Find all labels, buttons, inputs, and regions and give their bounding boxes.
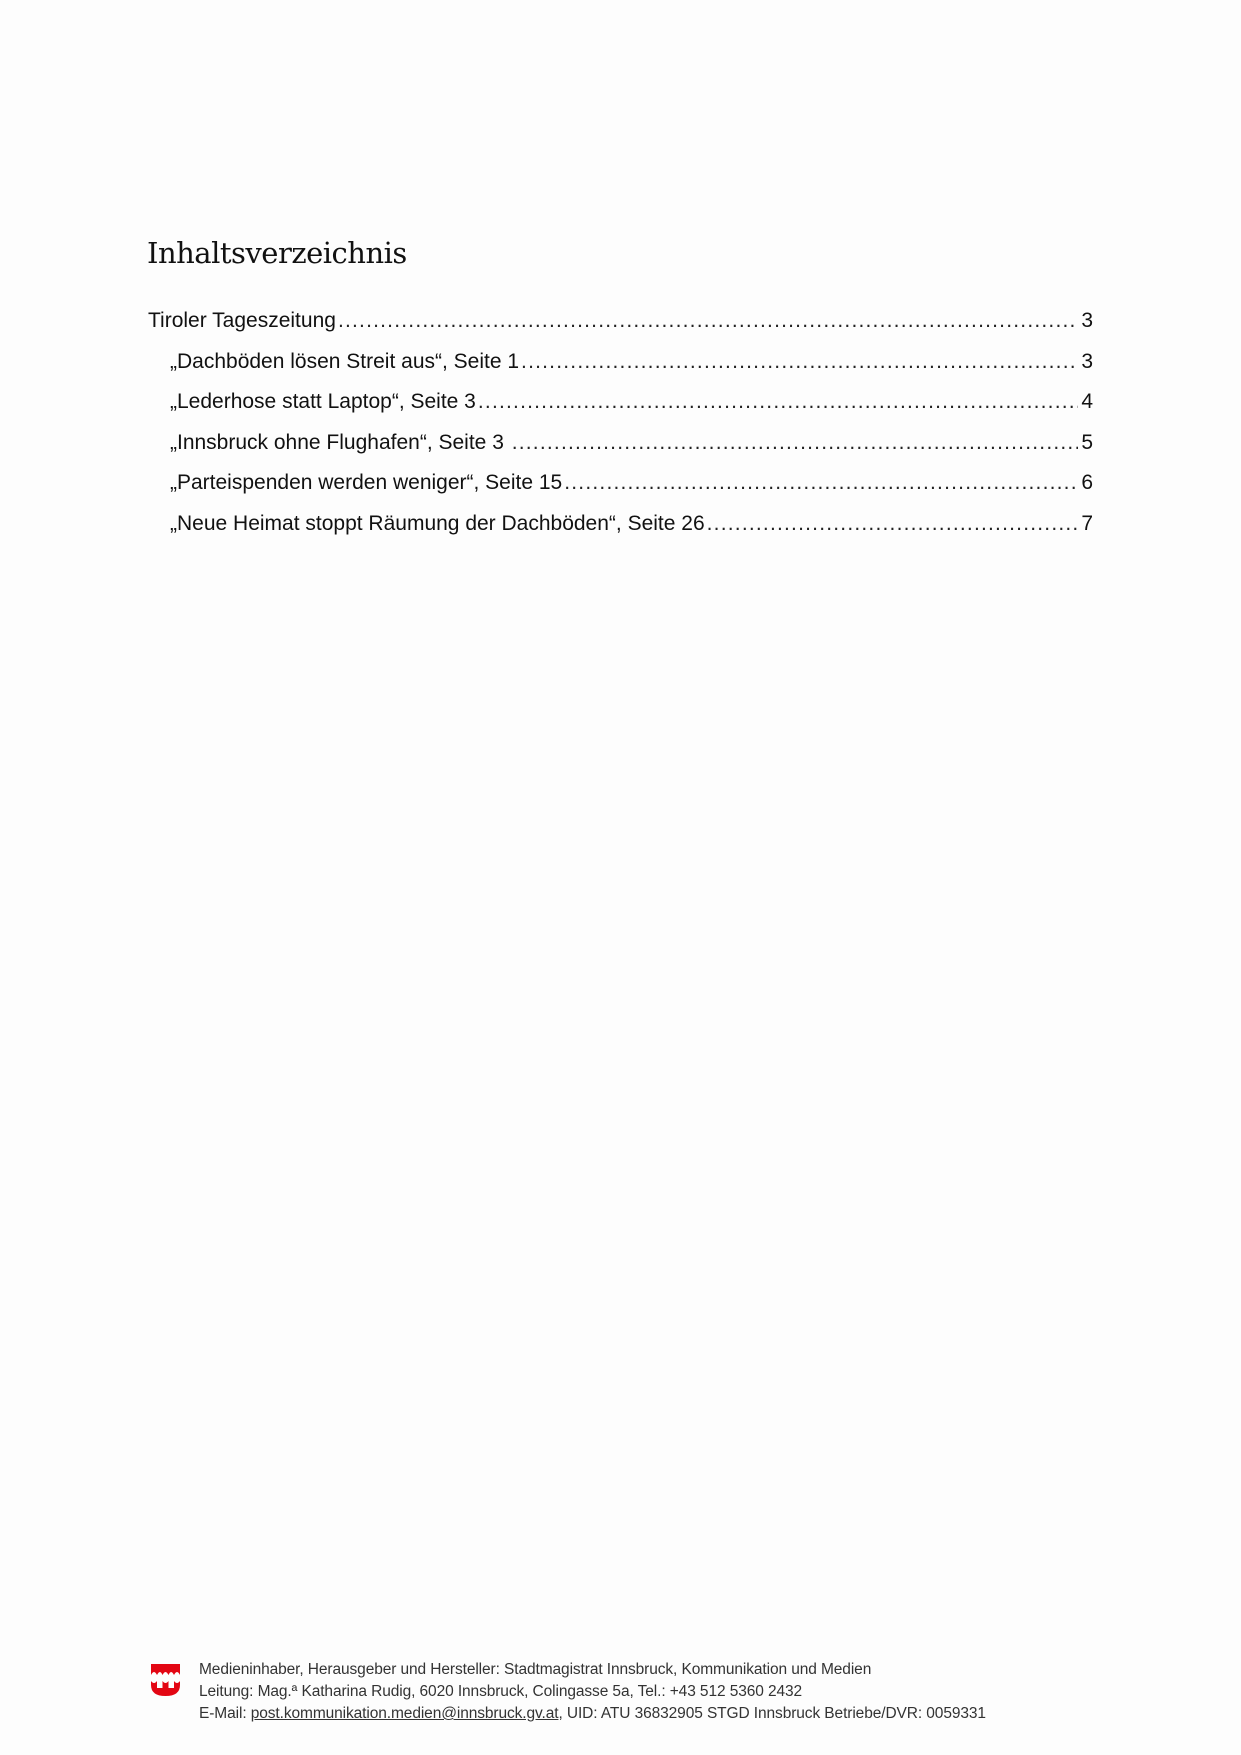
dot-leader <box>521 348 1078 376</box>
toc-page-number: 7 <box>1081 510 1093 538</box>
dot-leader <box>338 307 1078 335</box>
toc-entry-label[interactable]: „Parteispenden werden weniger“, Seite 15 <box>170 469 562 497</box>
footer-publisher-line: Medieninhaber, Herausgeber und Herstelle… <box>199 1659 986 1681</box>
email-label: E-Mail: <box>199 1705 251 1722</box>
dot-leader <box>564 469 1078 497</box>
toc-entry-label[interactable]: „Neue Heimat stoppt Räumung der Dachböde… <box>170 510 705 538</box>
toc-page-number: 3 <box>1081 348 1093 376</box>
toc-entry-label[interactable]: Tiroler Tageszeitung <box>148 307 336 335</box>
toc-entry[interactable]: „Dachböden lösen Streit aus“, Seite 1 3 <box>148 348 1093 389</box>
footer-registration-text: , UID: ATU 36832905 STGD Innsbruck Betri… <box>558 1705 985 1722</box>
innsbruck-city-logo-icon <box>150 1663 181 1697</box>
toc-entry-label[interactable]: „Dachböden lösen Streit aus“, Seite 1 <box>170 348 519 376</box>
document-page: Inhaltsverzeichnis Tiroler Tageszeitung … <box>0 0 1241 1755</box>
dot-leader <box>478 388 1078 416</box>
toc-page-number: 3 <box>1081 307 1093 335</box>
toc-entry[interactable]: „Parteispenden werden weniger“, Seite 15… <box>148 469 1093 510</box>
email-link[interactable]: post.kommunikation.medien@innsbruck.gv.a… <box>251 1705 559 1722</box>
toc-page-number: 5 <box>1081 429 1093 457</box>
toc-entry[interactable]: „Neue Heimat stoppt Räumung der Dachböde… <box>148 510 1093 551</box>
dot-leader <box>707 510 1079 538</box>
footer-contact-line: Leitung: Mag.ª Katharina Rudig, 6020 Inn… <box>199 1681 986 1703</box>
table-of-contents: Tiroler Tageszeitung 3 „Dachböden lösen … <box>148 307 1093 550</box>
footer-email-line: E-Mail: post.kommunikation.medien@innsbr… <box>199 1703 986 1725</box>
toc-title: Inhaltsverzeichnis <box>147 236 407 271</box>
toc-page-number: 4 <box>1081 388 1093 416</box>
toc-entry[interactable]: Tiroler Tageszeitung 3 <box>148 307 1093 348</box>
toc-entry-label[interactable]: „Innsbruck ohne Flughafen“, Seite 3 <box>170 429 510 457</box>
toc-page-number: 6 <box>1081 469 1093 497</box>
toc-entry[interactable]: „Innsbruck ohne Flughafen“, Seite 3 5 <box>148 429 1093 470</box>
toc-entry[interactable]: „Lederhose statt Laptop“, Seite 3 4 <box>148 388 1093 429</box>
dot-leader <box>512 429 1079 457</box>
toc-entry-label[interactable]: „Lederhose statt Laptop“, Seite 3 <box>170 388 476 416</box>
